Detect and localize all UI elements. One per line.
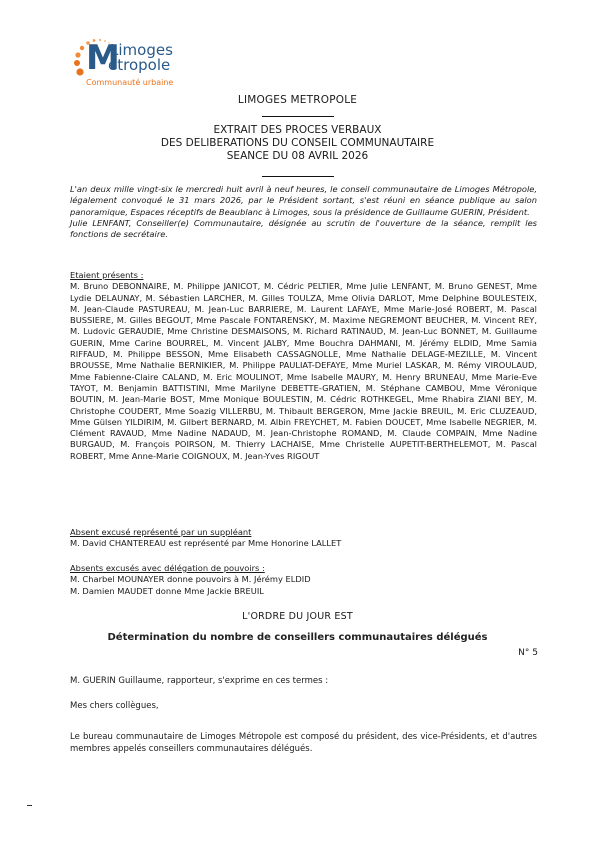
secretary-text: Julie LENFANT, Conseiller(e) Communautai… [70,218,537,241]
absent-proxy-item: M. Damien MAUDET donne Mme Jackie BREUIL [70,586,537,597]
agenda-subject: Détermination du nombre de conseillers c… [0,632,595,643]
extract-line-2: DES DELIBERATIONS DU CONSEIL COMMUNAUTAI… [0,137,595,150]
divider [262,116,334,117]
agenda-number: N° 5 [518,648,538,658]
document-title: EXTRAIT DES PROCES VERBAUX DES DELIBERAT… [0,124,595,163]
page-mark [27,805,32,806]
document-page: M Limoges étropole Communauté urbaine LI… [0,0,595,842]
absent-proxy-label: Absents excusés avec délégation de pouvo… [70,563,537,574]
absent-substitute-text: M. David CHANTEREAU est représenté par M… [70,538,537,549]
rapporteur-line: M. GUERIN Guillaume, rapporteur, s'expri… [70,676,328,686]
extract-line-1: EXTRAIT DES PROCES VERBAUX [0,124,595,137]
intro-paragraph: L'an deux mille vingt-six le mercredi hu… [70,184,537,240]
absent-proxy-section: Absents excusés avec délégation de pouvo… [70,563,537,597]
agenda-heading: L'ORDRE DU JOUR EST [0,611,595,622]
present-section: Etaient présents : M. Bruno DEBONNAIRE, … [70,270,537,462]
divider [262,176,334,177]
absent-substitute-section: Absent excusé représenté par un suppléan… [70,527,537,550]
limoges-metropole-logo: M Limoges étropole Communauté urbaine [72,38,192,94]
absent-proxy-item: M. Charbel MOUNAYER donne pouvoirs à M. … [70,574,537,585]
organization-title: LIMOGES METROPOLE [0,94,595,106]
present-list: M. Bruno DEBONNAIRE, M. Philippe JANICOT… [70,281,537,462]
present-label: Etaient présents : [70,270,537,281]
intro-text: L'an deux mille vingt-six le mercredi hu… [70,184,537,218]
logo-subtitle: Communauté urbaine [86,78,173,88]
body-paragraph: Le bureau communautaire de Limoges Métro… [70,731,537,755]
greeting: Mes chers collègues, [70,701,159,711]
session-date: SEANCE DU 08 AVRIL 2026 [0,150,595,163]
absent-substitute-label: Absent excusé représenté par un suppléan… [70,527,537,538]
logo-text-metropole: étropole [108,57,170,73]
